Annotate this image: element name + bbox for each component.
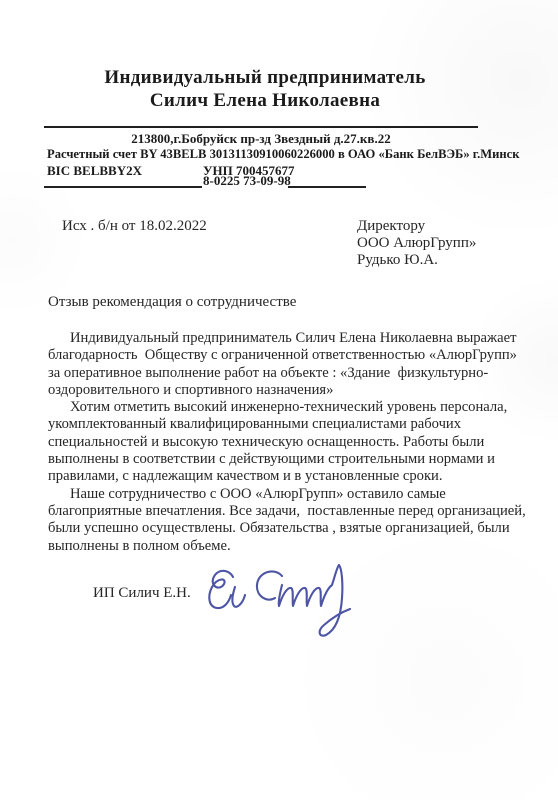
letterhead-top-rule xyxy=(44,126,478,128)
signature-handwritten xyxy=(196,554,362,646)
signature-ink-stroke-1 xyxy=(209,571,245,608)
signature-ink-stroke-2 xyxy=(257,565,350,636)
body-paragraph-1: Индивидуальный предприниматель Силич Еле… xyxy=(48,330,553,399)
letterhead-title: Индивидуальный предприниматель Силич Еле… xyxy=(0,66,530,112)
letterhead-address: 213800,г.Бобруйск пр-зд Звездный д.27.кв… xyxy=(44,131,478,147)
letterhead-title-line2: Силич Елена Николаевна xyxy=(0,89,530,112)
letterhead-bank-account: Расчетный счет BY 43BELB 301311309100602… xyxy=(47,147,519,162)
body-paragraph-3: Наше сотрудничество с ООО «АлюрГрупп» ос… xyxy=(48,486,553,555)
outgoing-reference: Исх . б/н от 18.02.2022 xyxy=(62,218,207,235)
scanned-letter-page: Индивидуальный предприниматель Силич Еле… xyxy=(0,0,558,800)
letterhead-phone-underline-right xyxy=(288,172,366,188)
letterhead-title-line1: Индивидуальный предприниматель xyxy=(0,66,530,89)
letter-body: Индивидуальный предприниматель Силич Еле… xyxy=(48,330,553,555)
signature-name-label: ИП Силич Е.Н. xyxy=(93,585,191,602)
subject-line: Отзыв рекомендация о сотрудничестве xyxy=(48,294,296,311)
letterhead-phone-underline-left xyxy=(44,172,202,188)
letterhead-phone: 8-0225 73-09-98 xyxy=(203,173,291,189)
recipient-block: Директору ООО АлюрГрупп» Рудько Ю.А. xyxy=(357,218,476,268)
body-paragraph-2: Хотим отметить высокий инженерно-техниче… xyxy=(48,399,553,485)
